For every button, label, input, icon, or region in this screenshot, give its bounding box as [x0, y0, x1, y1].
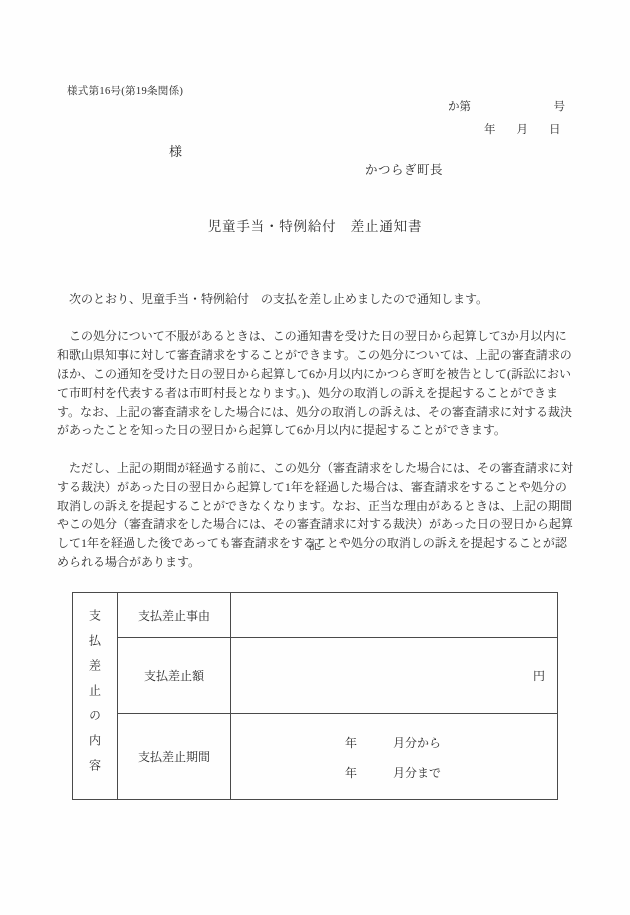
addressee-honorific: 様: [169, 141, 182, 160]
body-paragraph-intro: 次のとおり、児童手当・特例給付 の支払を差し止めましたので通知します。: [57, 290, 605, 309]
table-row: 支払差止期間 年 月分から 年 月分まで: [118, 714, 557, 799]
table-row: 支払差止額 円: [118, 638, 557, 714]
suspension-reason-blank-cell: [231, 593, 557, 637]
yen-unit-label: 円: [533, 667, 545, 684]
row-label-suspension-period: 支払差止期間: [118, 714, 231, 799]
section-marker-ki: 記: [0, 535, 630, 553]
table-row-group-cell: 支払差止の内容: [73, 593, 118, 799]
row-label-suspension-reason: 支払差止事由: [118, 593, 231, 637]
body-paragraph-time-limits: ただし、上記の期間が経過する前に、この処分（審査請求をした場合には、その審査請求…: [57, 459, 605, 572]
body-paragraph-appeal-rights: この処分について不服があるときは、この通知書を受けた日の翌日から起算して3か月以…: [57, 327, 605, 440]
doc-number-prefix: か第: [448, 98, 471, 114]
row-label-suspension-amount: 支払差止額: [118, 638, 231, 713]
notice-document-page: 様式第16号(第19条関係) か第 号 年 月 日 様 かつらぎ町長 児童手当・…: [0, 0, 630, 915]
form-number: 様式第16号(第19条関係): [67, 83, 183, 98]
document-title: 児童手当・特例給付 差止通知書: [0, 215, 630, 235]
sender-name: かつらぎ町長: [365, 160, 443, 178]
date-month-label: 月: [517, 121, 529, 137]
date-line: 年 月 日: [484, 121, 561, 137]
table-rows: 支払差止事由 支払差止額 円 支払差止期間 年 月分から 年 月分まで: [118, 593, 557, 799]
suspension-details-table: 支払差止の内容 支払差止事由 支払差止額 円 支払差止期間 年 月分から 年 月…: [72, 592, 558, 800]
row-group-label-vertical: 支払差止の内容: [87, 609, 104, 784]
table-row: 支払差止事由: [118, 593, 557, 638]
suspension-period-blank-cell: 年 月分から 年 月分まで: [231, 714, 557, 799]
suspension-amount-blank-cell: 円: [231, 638, 557, 713]
date-day-label: 日: [549, 121, 561, 137]
doc-number-line: か第 号: [448, 98, 565, 114]
date-year-label: 年: [484, 121, 496, 137]
doc-number-suffix: 号: [554, 98, 566, 114]
